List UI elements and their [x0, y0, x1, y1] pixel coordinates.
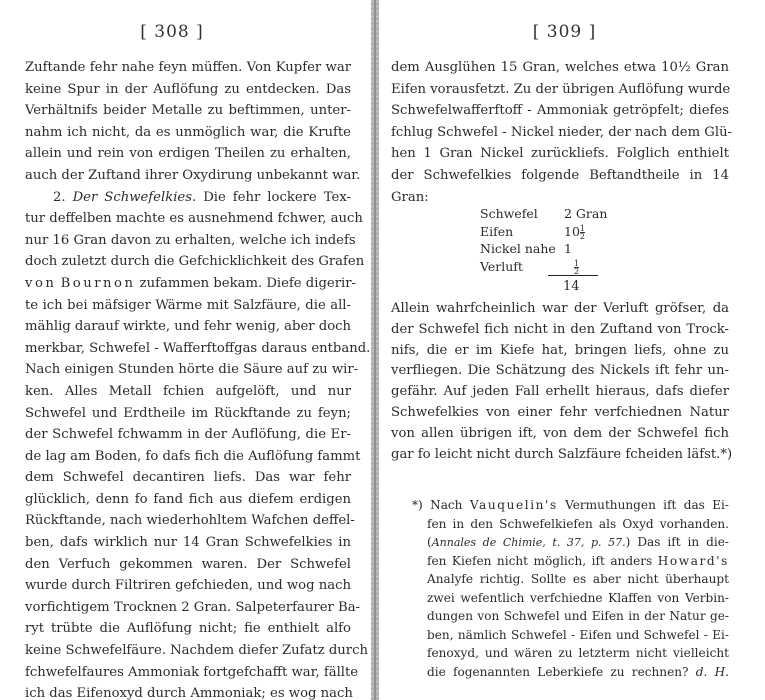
- person-name: Howard's: [658, 554, 729, 568]
- text-line: mählig darauf wirkte, und fehr wenig, ab…: [25, 316, 351, 338]
- text-line: ben, dafs wirklich nur 14 Gran Schwefelk…: [25, 532, 351, 554]
- editor-signature: d. H.: [696, 665, 729, 679]
- text-line: fchwefelfaures Ammoniak fortgefchafft wa…: [25, 662, 351, 684]
- text-line: keine Schwefelfäure. Nachdem diefer Zufa…: [25, 640, 351, 662]
- composition-table: Schwefel 2 Gran Eifen 1012 Nickel nahe 1…: [480, 205, 624, 275]
- text-line: den Verfuch gekommen waren. Der Schwefel: [25, 554, 351, 576]
- text-line: von allen übrigen ift, von dem der Schwe…: [391, 424, 729, 445]
- section-heading: Der Schwefelkies.: [73, 190, 197, 205]
- citation: Annales de Chimie, t. 37, p. 57.: [432, 536, 626, 549]
- name-line: von Bournon zufammen bekam. Diefe digeri…: [25, 273, 351, 295]
- footnote: *) Nach Vauquelin's Vermuthungen ift das…: [412, 496, 729, 681]
- text-line: doch zuletzt durch die Gefchicklichkeit …: [25, 251, 351, 273]
- footnote-line: fen Kiefen nicht möglich, ift anders How…: [412, 552, 729, 571]
- text-line: fchlug Schwefel - Nickel nieder, der nac…: [391, 122, 729, 144]
- footnote-line: fenoxyd, und wären zu letzterm nicht vie…: [412, 644, 729, 663]
- footnote-line: ben, nämlich Schwefel - Eifen und Schwef…: [412, 626, 729, 645]
- text-line: Verhältnifs beider Metalle zu beftimmen,…: [25, 100, 351, 122]
- right-page-text-top: dem Ausglühen 15 Gran, welches etwa 10½ …: [391, 57, 729, 208]
- fraction-denominator: 2: [574, 268, 579, 275]
- person-name: Bournon: [61, 276, 136, 291]
- text-line: ich das Eifenoxyd durch Ammoniak; es wog…: [25, 683, 351, 700]
- name-prefix: von: [25, 276, 56, 291]
- text-line: der Schwefel fchwamm in der Auflöfung, d…: [25, 424, 351, 446]
- section-text: Die fehr lockere Tex-: [203, 190, 351, 205]
- section-number: 2.: [53, 190, 66, 205]
- text-line: de lag am Boden, fo dafs fich die Auflöf…: [25, 446, 351, 468]
- footnote-text: Vermuthungen ift das Ei-: [565, 498, 729, 512]
- footnote-line: *) Nach Vauquelin's Vermuthungen ift das…: [412, 496, 729, 515]
- footnote-text: die fogenannten Leberkiefe zu rechnen?: [427, 665, 689, 679]
- text-line: verfliegen. Die Schätzung des Nickels if…: [391, 361, 729, 382]
- component-amount: 1012: [564, 223, 624, 241]
- text-line: Zuftande fehr nahe feyn müffen. Von Kupf…: [25, 57, 351, 79]
- person-name: Vauquelin's: [470, 498, 558, 512]
- component-amount: 1: [564, 240, 624, 258]
- text-line: gefähr. Auf jeden Fall erhellt hieraus, …: [391, 382, 729, 403]
- text-line: Schwefelwafferftoff - Ammoniak getröpfel…: [391, 100, 729, 122]
- footnote-text: fen Kiefen nicht möglich, ift anders: [427, 554, 652, 568]
- table-row: Eifen 1012: [480, 223, 624, 241]
- book-spine-gutter: [371, 0, 379, 700]
- component-amount: 12: [564, 258, 624, 276]
- footnote-marker: *): [412, 498, 423, 512]
- text-line: Eifen vorausfetzt. Zu der übrigen Auflöf…: [391, 79, 729, 101]
- text-line: hen 1 Gran Nickel zurückliefs. Folglich …: [391, 143, 729, 165]
- footnote-line: zwei wefentlich verfchiedne Klaffen von …: [412, 589, 729, 608]
- text-line: glücklich, denn fo fand fich aus diefem …: [25, 489, 351, 511]
- page-number-right: [ 309 ]: [372, 22, 757, 42]
- footnote-line: (Annales de Chimie, t. 37, p. 57.) Das i…: [412, 533, 729, 552]
- component-name: Schwefel: [480, 205, 564, 223]
- text-line: ken. Alles Metall fchien aufgelöft, und …: [25, 381, 351, 403]
- text-line: ryt trübte die Auflöfung nicht; fie enth…: [25, 618, 351, 640]
- footnote-line: fen in den Schwefelkiefen als Oxyd vorha…: [412, 515, 729, 534]
- component-name: Verluft: [480, 258, 564, 276]
- text-line: der Schwefel fich nicht in den Zuftand v…: [391, 320, 729, 341]
- text-line: nahm ich nicht, da es unmöglich war, die…: [25, 122, 351, 144]
- text-line: Schwefelkies von einer fehr verfchiednen…: [391, 403, 729, 424]
- amount-whole: 10: [564, 224, 580, 239]
- text-line: Rückftande, nach wiederhohltem Wafchen d…: [25, 510, 351, 532]
- text-line: gar fo leicht nicht durch Salzfäure fche…: [391, 445, 729, 466]
- text-line: auch der Zuftand ihrer Oxydirung unbekan…: [25, 165, 351, 187]
- text-line: der Schwefelkies folgende Beftandtheile …: [391, 165, 729, 187]
- text-line: te ich bei mäfsiger Wärme mit Salzfäure,…: [25, 295, 351, 317]
- table-row: Nickel nahe 1: [480, 240, 624, 258]
- sum-rule-divider: [548, 275, 598, 276]
- text-line: Schwefel und Erdtheile im Rückftande zu …: [25, 403, 351, 425]
- section-heading-line: 2. Der Schwefelkies. Die fehr lockere Te…: [25, 187, 351, 209]
- table-row: Schwefel 2 Gran: [480, 205, 624, 223]
- fraction: 12: [580, 225, 585, 240]
- text-line: merkbar, Schwefel - Wafferftoffgas darau…: [25, 338, 351, 360]
- table-row: Verluft 12: [480, 258, 624, 276]
- right-page: [ 309 ] dem Ausglühen 15 Gran, welches e…: [380, 0, 765, 700]
- text-line: nifs, die er im Kiefe hat, bringen liefs…: [391, 341, 729, 362]
- fraction: 12: [574, 260, 579, 275]
- footnote-text: ) Das ift in die-: [626, 535, 729, 549]
- text-line: dem Ausglühen 15 Gran, welches etwa 10½ …: [391, 57, 729, 79]
- text-line: dem Schwefel decantiren liefs. Das war f…: [25, 467, 351, 489]
- table-total: 14: [563, 279, 580, 294]
- text-line: nur 16 Gran davon zu erhalten, welche ic…: [25, 230, 351, 252]
- text-line: keine Spur in der Auflöfung zu entdecken…: [25, 79, 351, 101]
- text-line: allein und rein von erdigen Theilen zu e…: [25, 143, 351, 165]
- name-line-rest: zufammen bekam. Diefe digerir-: [140, 276, 356, 291]
- footnote-line: die fogenannten Leberkiefe zu rechnen? d…: [412, 663, 729, 682]
- right-page-text-bottom: Allein wahrfcheinlich war der Verluft gr…: [391, 299, 729, 465]
- book-spread: [ 308 ] Zuftande fehr nahe feyn müffen. …: [0, 0, 765, 700]
- text-line: Allein wahrfcheinlich war der Verluft gr…: [391, 299, 729, 320]
- page-number-left: [ 308 ]: [0, 22, 358, 42]
- fraction-denominator: 2: [580, 233, 585, 240]
- text-line: Nach einigen Stunden hörte die Säure auf…: [25, 359, 351, 381]
- footnote-line: Analyfe richtig. Sollte es aber nicht üb…: [412, 570, 729, 589]
- component-amount: 2 Gran: [564, 205, 624, 223]
- component-name: Eifen: [480, 223, 564, 241]
- left-page-text: Zuftande fehr nahe feyn müffen. Von Kupf…: [25, 57, 351, 700]
- text-line: vorfichtigem Trocknen 2 Gran. Salpeterfa…: [25, 597, 351, 619]
- component-name: Nickel nahe: [480, 240, 564, 258]
- footnote-text: Nach: [430, 498, 462, 512]
- footnote-line: dungen von Schwefel und Eifen in der Nat…: [412, 607, 729, 626]
- text-line: tur deffelben machte es ausnehmend fchwe…: [25, 208, 351, 230]
- text-line: wurde durch Filtriren gefchieden, und wo…: [25, 575, 351, 597]
- left-page: [ 308 ] Zuftande fehr nahe feyn müffen. …: [0, 0, 372, 700]
